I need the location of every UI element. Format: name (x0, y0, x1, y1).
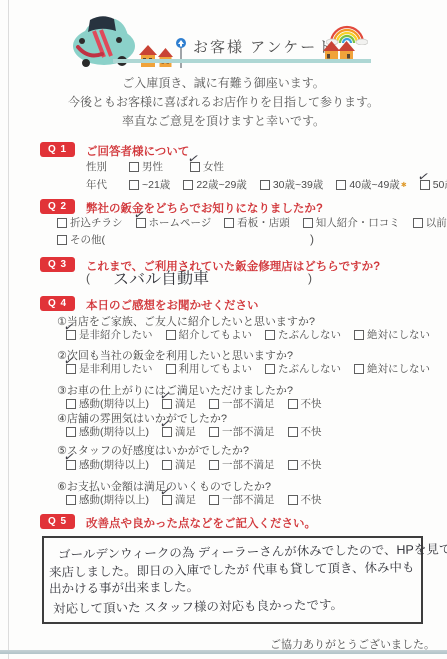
checkbox-q4-6-opt3[interactable]: ✓一部不満足 (209, 492, 275, 507)
checkbox-box (209, 427, 219, 437)
checkbox-box (66, 330, 76, 340)
checkbox-label: 利用してもよい (179, 361, 253, 376)
header-divider-line (113, 59, 371, 63)
q2-title: 弊社の鈑金をどちらでお知りになりましたか? (86, 200, 323, 216)
checkbox-label: 一部不満足 (222, 396, 275, 411)
checkbox-age-under21[interactable]: ✓~21歳 (129, 177, 170, 192)
q3-close-paren: ) (308, 271, 312, 285)
checkbox-label: 是非利用したい (79, 361, 153, 376)
checkbox-label: 感動(期待以上) (79, 396, 149, 411)
checkbox-label: 絶対にしない (367, 327, 430, 342)
gender-row: 性別 ✓男性 ✓女性 (86, 159, 237, 174)
checkbox-q4-5-opt3[interactable]: ✓一部不満足 (209, 457, 275, 472)
checkbox-label: 不快 (301, 424, 322, 439)
checkbox-q4-4-opt1[interactable]: ✓感動(期待以上) (66, 424, 149, 439)
checkbox-q4-6-opt2[interactable]: ✓満足 (162, 492, 196, 507)
house-icon (139, 44, 157, 68)
house-icon (158, 48, 173, 68)
checkbox-q4-1-opt4[interactable]: ✓絶対にしない (354, 327, 430, 342)
checkbox-q4-4-opt3[interactable]: ✓一部不満足 (209, 424, 275, 439)
checkbox-source-repeat[interactable]: ✓以前から当店を利用 (413, 215, 447, 230)
checkbox-label: 絶対にしない (367, 361, 430, 376)
q3-open-paren: ( (86, 271, 90, 285)
checkbox-label: 22歳~29歳 (196, 177, 247, 192)
other-close-paren: ) (310, 232, 314, 246)
checkbox-q4-1-opt2[interactable]: ✓紹介してもよい (166, 327, 253, 342)
q5-title: 改善点や良かった点などをご記入ください。 (86, 515, 316, 531)
bottom-divider-line (0, 650, 447, 654)
intro-line: 今後ともお客様に喜ばれるお店作りを目指して参ります。 (0, 93, 447, 110)
checkbox-label: 知人紹介・口コミ (316, 215, 400, 230)
checkbox-box (166, 330, 176, 340)
checkbox-source-flyer[interactable]: ✓折込チラシ (57, 215, 123, 230)
age-row: 年代 ✓~21歳 ✓22歳~29歳 ✓30歳~39歳 ✓40歳~49歳✱ ✓50… (86, 177, 447, 192)
checkbox-label: 是非紹介したい (79, 327, 153, 342)
q2-options-row: ✓折込チラシ ✓ホームページ ✓看板・店頭 ✓知人紹介・口コミ ✓以前から当店を… (57, 215, 447, 230)
checkbox-box (166, 364, 176, 374)
checkbox-box (162, 460, 172, 470)
checkbox-box (288, 399, 298, 409)
intro-line: ご入庫頂き、誠に有難う御座います。 (0, 74, 447, 91)
q1-title: ご回答者様について (86, 143, 189, 159)
checkbox-box (288, 495, 298, 505)
q4-title: 本日のご感想をお聞かせください (86, 297, 259, 313)
q4-item-options: ✓是非利用したい ✓利用してもよい ✓たぶんしない ✓絶対にしない (66, 361, 443, 376)
checkbox-label: 感動(期待以上) (79, 457, 149, 472)
checkbox-box (265, 330, 275, 340)
checkbox-label: 折込チラシ (70, 215, 123, 230)
checkbox-box (288, 460, 298, 470)
checkbox-label: 満足 (175, 424, 196, 439)
q3-badge: Q 3 (40, 257, 75, 272)
checkbox-age-40-49[interactable]: ✓40歳~49歳✱ (336, 177, 406, 192)
checkbox-box (265, 364, 275, 374)
q5-badge: Q 5 (40, 514, 75, 529)
q2-badge: Q 2 (40, 199, 75, 214)
checkbox-label: 満足 (175, 457, 196, 472)
checkbox-q4-2-opt4[interactable]: ✓絶対にしない (354, 361, 430, 376)
checkbox-box (57, 235, 67, 245)
checkbox-box (420, 180, 430, 190)
q4-item-options: ✓感動(期待以上) ✓満足 ✓一部不満足 ✓不快 (66, 492, 335, 507)
checkbox-box (354, 330, 364, 340)
q4-item-options: ✓感動(期待以上) ✓満足 ✓一部不満足 ✓不快 (66, 424, 335, 439)
q4-item-question: ⑤スタッフの好感度はいかがでしたか? (57, 442, 249, 458)
checkbox-q4-3-opt1[interactable]: ✓感動(期待以上) (66, 396, 149, 411)
checkbox-label: 不快 (301, 457, 322, 472)
q2-other-row: ✓その他( (57, 232, 118, 247)
checkbox-label: 30歳~39歳 (273, 177, 324, 192)
checkbox-q4-4-opt4[interactable]: ✓不快 (288, 424, 322, 439)
checkbox-label: 感動(期待以上) (79, 492, 149, 507)
checkbox-q4-6-opt1[interactable]: ✓感動(期待以上) (66, 492, 149, 507)
checkbox-q4-5-opt2[interactable]: ✓満足 (162, 457, 196, 472)
checkbox-q4-3-opt4[interactable]: ✓不快 (288, 396, 322, 411)
checkbox-label: たぶんしない (278, 361, 341, 376)
checkbox-q4-1-opt3[interactable]: ✓たぶんしない (265, 327, 341, 342)
checkbox-q4-5-opt4[interactable]: ✓不快 (288, 457, 322, 472)
checkbox-q4-3-opt2[interactable]: ✓満足 (162, 396, 196, 411)
intro-line: 率直なご意見を頂けますと幸いです。 (0, 112, 447, 129)
checkbox-box (224, 218, 234, 228)
checkbox-label: 満足 (175, 492, 196, 507)
checkbox-box (129, 180, 139, 190)
checkbox-box (66, 495, 76, 505)
checkbox-source-signboard[interactable]: ✓看板・店頭 (224, 215, 290, 230)
pen-mark-icon: ✱ (401, 181, 407, 189)
checkbox-box (303, 218, 313, 228)
checkbox-source-referral[interactable]: ✓知人紹介・口コミ (303, 215, 400, 230)
checkbox-label: 紹介してもよい (179, 327, 253, 342)
checkbox-label: 50歳~ (433, 177, 447, 192)
checkbox-gender-male[interactable]: ✓男性 (129, 159, 163, 174)
q3-answer-handwriting[interactable]: スバル自動車 (113, 265, 209, 289)
checkbox-age-30-39[interactable]: ✓30歳~39歳 (260, 177, 324, 192)
checkbox-gender-female[interactable]: ✓女性 (190, 159, 224, 174)
checkbox-label: 感動(期待以上) (79, 424, 149, 439)
checkbox-label: 不快 (301, 492, 322, 507)
checkbox-box (162, 399, 172, 409)
page-title: お客様 アンケート (193, 36, 334, 57)
houses-left-group (139, 38, 186, 68)
checkbox-source-homepage[interactable]: ✓ホームページ (136, 215, 212, 230)
checkbox-box (209, 460, 219, 470)
checkbox-label: 男性 (142, 159, 163, 174)
checkbox-box (66, 399, 76, 409)
checkbox-box (183, 180, 193, 190)
checkbox-box (66, 427, 76, 437)
checkbox-label: その他( (70, 232, 105, 247)
survey-page: お客様 アンケート ご入庫頂き、誠に有難う御座います。 今後ともお客様に喜ばれる… (0, 0, 447, 659)
checkbox-label: 一部不満足 (222, 457, 275, 472)
checkbox-q4-2-opt3[interactable]: ✓たぶんしない (265, 361, 341, 376)
traffic-signal-icon (176, 38, 186, 68)
checkbox-label: 女性 (203, 159, 224, 174)
comment-handwriting-line: 出かける事が出来ました。 (49, 577, 199, 597)
q4-item-options: ✓感動(期待以上) ✓満足 ✓一部不満足 ✓不快 (66, 396, 335, 411)
checkbox-box (57, 218, 67, 228)
q4-item-options: ✓感動(期待以上) ✓満足 ✓一部不満足 ✓不快 (66, 457, 335, 472)
checkbox-q4-2-opt2[interactable]: ✓利用してもよい (166, 361, 253, 376)
checkbox-box (162, 427, 172, 437)
checkbox-box (209, 399, 219, 409)
checkbox-q4-3-opt3[interactable]: ✓一部不満足 (209, 396, 275, 411)
checkbox-box (354, 364, 364, 374)
checkbox-age-22-29[interactable]: ✓22歳~29歳 (183, 177, 247, 192)
checkbox-box (129, 162, 139, 172)
checkbox-source-other[interactable]: ✓その他( (57, 232, 105, 247)
checkbox-label: ~21歳 (142, 177, 170, 192)
checkbox-label: 40歳~49歳 (349, 177, 400, 192)
checkbox-box (136, 218, 146, 228)
q4-badge: Q 4 (40, 296, 75, 311)
checkbox-box (413, 218, 423, 228)
checkbox-box (260, 180, 270, 190)
checkbox-q4-4-opt2[interactable]: ✓満足 (162, 424, 196, 439)
checkbox-label: 看板・店頭 (237, 215, 290, 230)
checkbox-box (209, 495, 219, 505)
q4-item-options: ✓是非紹介したい ✓紹介してもよい ✓たぶんしない ✓絶対にしない (66, 327, 443, 342)
checkbox-box (288, 427, 298, 437)
q1-badge: Q 1 (40, 142, 75, 157)
checkbox-label: 不快 (301, 396, 322, 411)
checkbox-box (66, 364, 76, 374)
checkbox-label: 一部不満足 (222, 424, 275, 439)
checkbox-q4-5-opt1[interactable]: ✓感動(期待以上) (66, 457, 149, 472)
checkbox-age-50plus[interactable]: ✓50歳~ (420, 177, 447, 192)
checkbox-label: たぶんしない (278, 327, 341, 342)
checkbox-label: ホームページ (149, 215, 212, 230)
checkbox-q4-2-opt1[interactable]: ✓是非利用したい (66, 361, 153, 376)
gender-label: 性別 (86, 159, 107, 174)
checkbox-box (336, 180, 346, 190)
checkbox-label: 以前から当店を利用 (426, 215, 447, 230)
age-label: 年代 (86, 177, 107, 192)
checkbox-box (162, 495, 172, 505)
checkbox-q4-6-opt4[interactable]: ✓不快 (288, 492, 322, 507)
checkbox-q4-1-opt1[interactable]: ✓是非紹介したい (66, 327, 153, 342)
checkbox-box (190, 162, 200, 172)
checkbox-box (66, 460, 76, 470)
checkbox-label: 満足 (175, 396, 196, 411)
checkbox-label: 一部不満足 (222, 492, 275, 507)
